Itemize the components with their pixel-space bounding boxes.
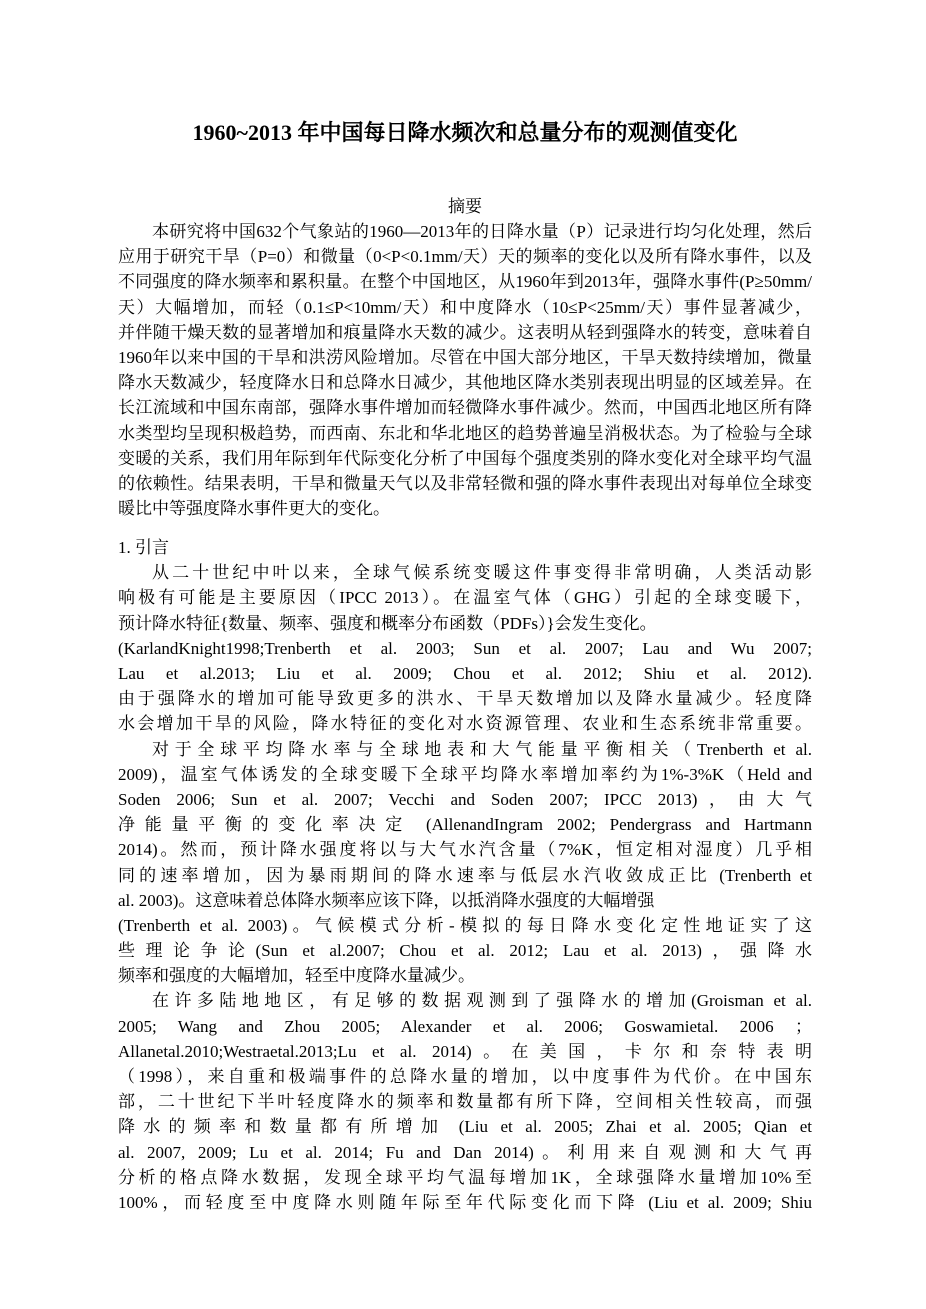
abstract-paragraph: 本研究将中国632个气象站的1960—2013年的日降水量（P）记录进行均匀化处… [118, 219, 812, 521]
text-line: 降水的频率和数量都有所增加 (Liu et al. 2005; Zhai et … [118, 1114, 812, 1139]
text-line: Allanetal.2010;Westraetal.2013;Lu et al.… [118, 1039, 812, 1064]
text-line: （1998），来自重和极端事件的总降水量的增加，以中度事件为代价。在中国东 [118, 1064, 812, 1089]
text-line: 不同强度的降水频率和累积量。在整个中国地区，从1960年到2013年，强降水事件… [118, 269, 812, 294]
text-line: 天）大幅增加，而轻（0.1≤P<10mm/天）和中度降水（10≤P<25mm/天… [118, 295, 812, 320]
text-line: al. 2007, 2009; Lu et al. 2014; Fu and D… [118, 1140, 812, 1165]
text-line: 对于全球平均降水率与全球地表和大气能量平衡相关（Trenberth et al. [118, 737, 812, 762]
text-line: (Trenberth et al. 2003)。气候模式分析-模拟的每日降水变化… [118, 913, 812, 938]
document-page: 1960~2013 年中国每日降水频次和总量分布的观测值变化 摘要 本研究将中国… [0, 0, 926, 1309]
text-line: 同的速率增加，因为暴雨期间的降水速率与低层水汽收敛成正比 (Trenberth … [118, 863, 812, 888]
text-line: 在许多陆地地区，有足够的数据观测到了强降水的增加(Groisman et al. [118, 988, 812, 1013]
text-line: 分析的格点降水数据，发现全球平均气温每增加1K，全球强降水量增加10%至 [118, 1165, 812, 1190]
intro-paragraph-1: 从二十世纪中叶以来，全球气候系统变暖这件事变得非常明确，人类活动影响极有可能是主… [118, 560, 812, 736]
text-line: 100%，而轻度至中度降水则随年际至年代际变化而下降 (Liu et al. 2… [118, 1190, 812, 1215]
text-line: 净能量平衡的变化率决定 (AllenandIngram 2002; Pender… [118, 812, 812, 837]
text-line: 变暖的关系，我们用年际到年代际变化分析了中国每个强度类别的降水变化对全球平均气温 [118, 446, 812, 471]
text-line: 本研究将中国632个气象站的1960—2013年的日降水量（P）记录进行均匀化处… [118, 219, 812, 244]
text-line: 预计降水特征{数量、频率、强度和概率分布函数（PDFs）}会发生变化。 [118, 611, 812, 636]
intro-paragraph-2: 对于全球平均降水率与全球地表和大气能量平衡相关（Trenberth et al.… [118, 737, 812, 989]
text-line: Lau et al.2013; Liu et al. 2009; Chou et… [118, 661, 812, 686]
text-line: al. 2003)。这意味着总体降水频率应该下降，以抵消降水强度的大幅增强 [118, 888, 812, 913]
text-line: Soden 2006; Sun et al. 2007; Vecchi and … [118, 787, 812, 812]
text-line: 2009)，温室气体诱发的全球变暖下全球平均降水率增加率约为1%-3%K（Hel… [118, 762, 812, 787]
text-line: 暖比中等强度降水事件更大的变化。 [118, 496, 812, 521]
text-line: 些理论争论(Sun et al.2007; Chou et al. 2012; … [118, 938, 812, 963]
text-line: 应用于研究干旱（P=0）和微量（0<P<0.1mm/天）天的频率的变化以及所有降… [118, 244, 812, 269]
text-line: 长江流域和中国东南部，强降水事件增加而轻微降水事件减少。然而，中国西北地区所有降 [118, 395, 812, 420]
text-line: 由于强降水的增加可能导致更多的洪水、干旱天数增加以及降水量减少。轻度降 [118, 686, 812, 711]
text-line: 并伴随干燥天数的显著增加和痕量降水天数的减少。这表明从轻到强降水的转变，意味着自 [118, 320, 812, 345]
text-line: 2014)。然而，预计降水强度将以与大气水汽含量（7%K，恒定相对湿度）几乎相 [118, 837, 812, 862]
document-content: 1960~2013 年中国每日降水频次和总量分布的观测值变化 摘要 本研究将中国… [118, 0, 812, 1215]
text-line: 部，二十世纪下半叶轻度降水的频率和数量都有所下降，空间相关性较高，而强 [118, 1089, 812, 1114]
page-title: 1960~2013 年中国每日降水频次和总量分布的观测值变化 [118, 0, 812, 148]
section-heading-introduction: 1. 引言 [118, 535, 812, 560]
text-line: 频率和强度的大幅增加，轻至中度降水量减少。 [118, 963, 812, 988]
text-line: 1960年以来中国的干旱和洪涝风险增加。尽管在中国大部分地区，干旱天数持续增加，… [118, 345, 812, 370]
text-line: 从二十世纪中叶以来，全球气候系统变暖这件事变得非常明确，人类活动影 [118, 560, 812, 585]
text-line: 水会增加干旱的风险，降水特征的变化对水资源管理、农业和生态系统非常重要。 [118, 711, 812, 736]
text-line: 的依赖性。结果表明，干旱和微量天气以及非常轻微和强的降水事件表现出对每单位全球变 [118, 471, 812, 496]
text-line: 水类型均呈现积极趋势，而西南、东北和华北地区的趋势普遍呈消极状态。为了检验与全球 [118, 421, 812, 446]
abstract-heading: 摘要 [118, 194, 812, 219]
text-line: (KarlandKnight1998;Trenberth et al. 2003… [118, 636, 812, 661]
text-line: 响极有可能是主要原因（IPCC 2013）。在温室气体（GHG）引起的全球变暖下… [118, 585, 812, 610]
text-line: 降水天数减少，轻度降水日和总降水日减少，其他地区降水类别表现出明显的区域差异。在 [118, 370, 812, 395]
text-line: 2005; Wang and Zhou 2005; Alexander et a… [118, 1014, 812, 1039]
intro-paragraph-3: 在许多陆地地区，有足够的数据观测到了强降水的增加(Groisman et al.… [118, 988, 812, 1215]
